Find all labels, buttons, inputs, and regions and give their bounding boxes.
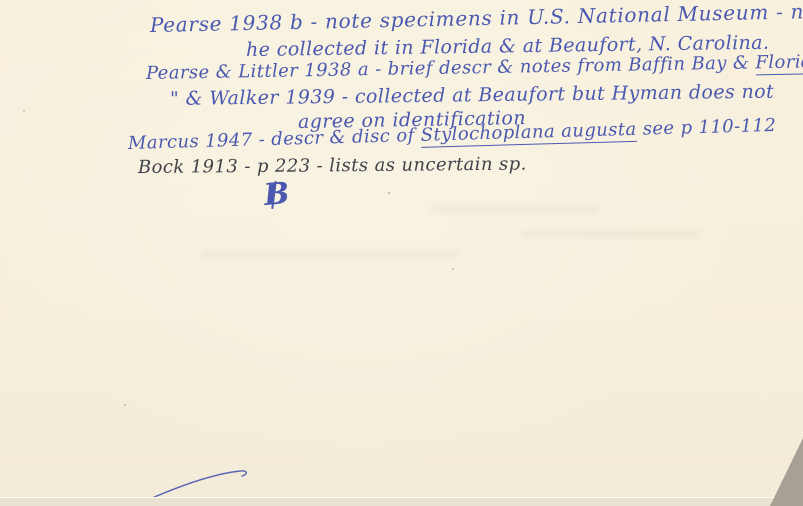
handwritten-line-walker-1939: " & Walker 1939 - collected at Beaufort … xyxy=(170,81,774,110)
ink-monogram-b: B xyxy=(263,179,291,211)
card-bottom-edge xyxy=(0,497,803,506)
line-3-underlined-word: Florida xyxy=(755,51,803,75)
line-3-text: Pearse & Littler 1938 a - brief descr & … xyxy=(146,52,756,84)
stray-pen-stroke xyxy=(150,460,260,502)
line-6-text: Marcus 1947 - descr & disc of xyxy=(128,125,421,154)
index-card-surface: Pearse 1938 b - note specimens in U.S. N… xyxy=(0,0,803,497)
paper-speck xyxy=(452,268,454,270)
handwritten-line-bock-1913: Bock 1913 - p 223 - lists as uncertain s… xyxy=(138,154,527,178)
species-name-underlined: Stylochoplana augusta xyxy=(420,119,636,148)
bleed-through-mark xyxy=(200,250,460,258)
paper-speck xyxy=(124,404,126,406)
handwritten-line-pearse-1938b: Pearse 1938 b - note specimens in U.S. N… xyxy=(150,0,803,37)
paper-speck xyxy=(23,110,25,112)
line-6-page-ref: see p 110-112 xyxy=(636,115,776,140)
bleed-through-mark xyxy=(520,230,700,238)
paper-speck xyxy=(388,192,390,194)
bleed-through-mark xyxy=(430,205,600,213)
scanned-index-card: Pearse 1938 b - note specimens in U.S. N… xyxy=(0,0,803,506)
